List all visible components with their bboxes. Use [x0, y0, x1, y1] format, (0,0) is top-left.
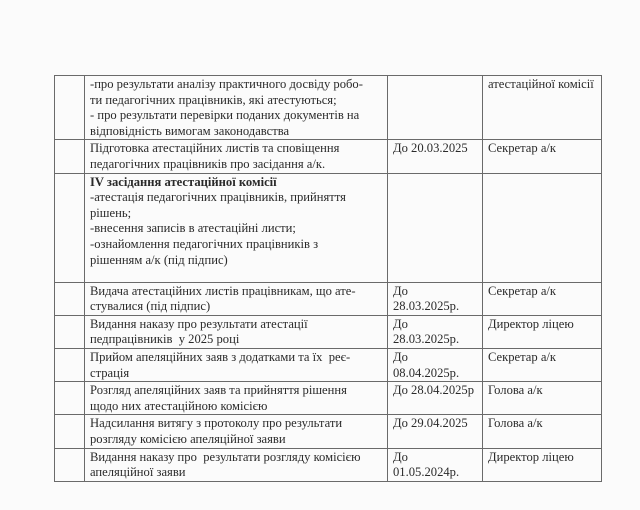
activity-text-line: Підготовка атестаційних листів та сповіщ… — [90, 141, 381, 157]
table-row: Надсилання витягу з протоколу про резуль… — [55, 415, 602, 448]
meeting-heading: IV засідання атестаційної комісії — [90, 175, 381, 191]
activity-cell: Видання наказу про результати розгляду к… — [85, 448, 388, 481]
activity-text-line: педагогічних працівників про засідання а… — [90, 157, 381, 173]
table-row: Видача атестаційних листів працівникам, … — [55, 282, 602, 315]
activity-text-line: Видання наказу про результати атестації — [90, 317, 381, 333]
row-number-cell — [55, 173, 85, 282]
activity-text-line: Видання наказу про результати розгляду к… — [90, 450, 381, 466]
activity-text-line: рішень; — [90, 206, 381, 222]
deadline-cell: До 28.04.2025р — [388, 382, 483, 415]
responsible-cell: Директор ліцею — [483, 448, 602, 481]
deadline-cell: До 08.04.2025р. — [388, 348, 483, 381]
responsible-cell: Секретар а/к — [483, 348, 602, 381]
activity-cell: Підготовка атестаційних листів та сповіщ… — [85, 140, 388, 173]
row-number-cell — [55, 315, 85, 348]
row-number-cell — [55, 348, 85, 381]
activity-text-line: відповідність вимогам законодавства — [90, 124, 381, 140]
responsible-cell: Голова а/к — [483, 415, 602, 448]
table-row: Розгляд апеляційних заяв та прийняття рі… — [55, 382, 602, 415]
table-row: Видання наказу про результати атестаціїп… — [55, 315, 602, 348]
responsible-cell: Секретар а/к — [483, 282, 602, 315]
activity-text-line: ти педагогічних працівників, які атестую… — [90, 93, 381, 109]
deadline-cell: До 29.04.2025 — [388, 415, 483, 448]
row-number-cell — [55, 382, 85, 415]
activity-text-line: страція — [90, 366, 381, 382]
activity-cell: IV засідання атестаційної комісії-атеста… — [85, 173, 388, 282]
deadline-cell: До 01.05.2024р. — [388, 448, 483, 481]
row-number-cell — [55, 140, 85, 173]
activity-text-line: -внесення записів в атестаційні листи; — [90, 221, 381, 237]
table-row: Прийом апеляційних заяв з додатками та ї… — [55, 348, 602, 381]
responsible-cell — [483, 173, 602, 282]
deadline-cell — [388, 173, 483, 282]
activity-text-line: стувалися (під підпис) — [90, 299, 381, 315]
activity-cell: Видання наказу про результати атестаціїп… — [85, 315, 388, 348]
activity-text-line: Видача атестаційних листів працівникам, … — [90, 284, 381, 300]
deadline-cell: До 28.03.2025р. — [388, 315, 483, 348]
activity-text-line: педпрацівників у 2025 році — [90, 332, 381, 348]
activity-cell: Видача атестаційних листів працівникам, … — [85, 282, 388, 315]
activity-text-line: Надсилання витягу з протоколу про резуль… — [90, 416, 381, 432]
responsible-cell: атестаційної комісії — [483, 76, 602, 140]
row-number-cell — [55, 282, 85, 315]
activity-text-line: -про результати аналізу практичного досв… — [90, 77, 381, 93]
responsible-cell: Голова а/к — [483, 382, 602, 415]
activity-text-line: Прийом апеляційних заяв з додатками та ї… — [90, 350, 381, 366]
table-row: -про результати аналізу практичного досв… — [55, 76, 602, 140]
activity-text-line: рішенням а/к (під підпис) — [90, 253, 381, 269]
table-row: Видання наказу про результати розгляду к… — [55, 448, 602, 481]
activity-text-line: Розгляд апеляційних заяв та прийняття рі… — [90, 383, 381, 399]
activity-text-line: розгляду комісією апеляційної заяви — [90, 432, 381, 448]
activity-text-line: апеляційної заяви — [90, 465, 381, 481]
activity-text-line: -атестація педагогічних працівників, при… — [90, 190, 381, 206]
table-row: IV засідання атестаційної комісії-атеста… — [55, 173, 602, 282]
deadline-cell: До 28.03.2025р. — [388, 282, 483, 315]
activity-plan-table: -про результати аналізу практичного досв… — [54, 75, 602, 482]
deadline-cell: До 20.03.2025 — [388, 140, 483, 173]
activity-cell: Прийом апеляційних заяв з додатками та ї… — [85, 348, 388, 381]
row-number-cell — [55, 415, 85, 448]
row-number-cell — [55, 448, 85, 481]
responsible-cell: Секретар а/к — [483, 140, 602, 173]
responsible-cell: Директор ліцею — [483, 315, 602, 348]
activity-cell: -про результати аналізу практичного досв… — [85, 76, 388, 140]
table-row: Підготовка атестаційних листів та сповіщ… — [55, 140, 602, 173]
activity-text-line: щодо них атестаційною комісією — [90, 399, 381, 415]
activity-cell: Надсилання витягу з протоколу про резуль… — [85, 415, 388, 448]
row-number-cell — [55, 76, 85, 140]
activity-text-line: - про результати перевірки поданих докум… — [90, 108, 381, 124]
deadline-cell — [388, 76, 483, 140]
activity-text-line: -ознайомлення педагогічних працівників з — [90, 237, 381, 253]
activity-cell: Розгляд апеляційних заяв та прийняття рі… — [85, 382, 388, 415]
